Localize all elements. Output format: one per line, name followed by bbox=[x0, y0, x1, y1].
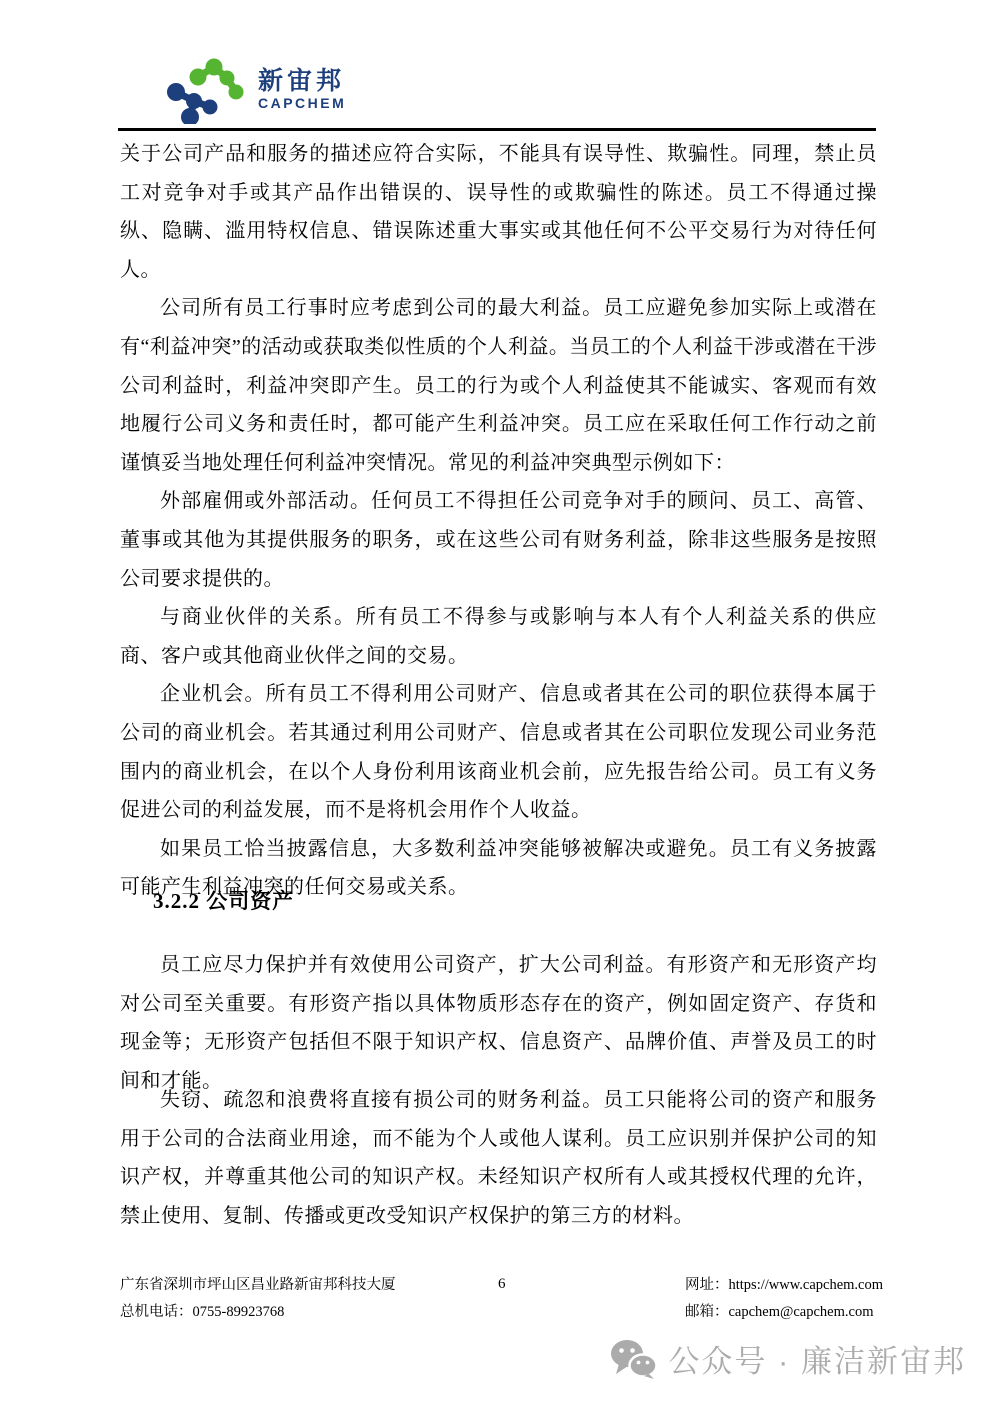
section-heading: 3.2.2 公司资产 bbox=[120, 886, 877, 916]
paragraph: 外部雇佣或外部活动。任何员工不得担任公司竞争对手的顾问、员工、高管、董事或其他为… bbox=[120, 482, 877, 598]
wechat-account-banner: 公众号 · 廉洁新宙邦 bbox=[610, 1336, 966, 1381]
section2-body-paragraph-1: 员工应尽力保护并有效使用公司资产，扩大公司利益。有形资产和无形资产均对公司至关重… bbox=[120, 946, 877, 1100]
footer-email: 邮箱：capchem@capchem.com bbox=[685, 1299, 883, 1326]
footer-left: 广东省深圳市坪山区昌业路新宙邦科技大厦 总机电话：0755-89923768 bbox=[120, 1272, 396, 1326]
footer-phone: 总机电话：0755-89923768 bbox=[120, 1299, 396, 1326]
capchem-logo: 新宙邦 CAPCHEM bbox=[163, 54, 346, 124]
page-number: 6 bbox=[498, 1276, 506, 1293]
section2-body-paragraph-2: 失窃、疏忽和浪费将直接有损公司的财务利益。员工只能将公司的资产和服务用于公司的合… bbox=[120, 1081, 877, 1235]
paragraph: 失窃、疏忽和浪费将直接有损公司的财务利益。员工只能将公司的资产和服务用于公司的合… bbox=[120, 1081, 877, 1235]
logo-company-name-cn: 新宙邦 bbox=[258, 68, 346, 95]
footer-right: 网址：https://www.capchem.com 邮箱：capchem@ca… bbox=[685, 1272, 883, 1326]
paragraph: 企业机会。所有员工不得利用公司财产、信息或者其在公司的职位获得本属于公司的商业机… bbox=[120, 675, 877, 829]
logo-company-name-en: CAPCHEM bbox=[258, 95, 346, 111]
header-divider-line bbox=[118, 128, 876, 131]
footer-address: 广东省深圳市坪山区昌业路新宙邦科技大厦 bbox=[120, 1272, 396, 1299]
paragraph: 公司所有员工行事时应考虑到公司的最大利益。员工应避免参加实际上或潜在有“利益冲突… bbox=[120, 289, 877, 482]
capchem-logo-mark-icon bbox=[163, 54, 245, 124]
wechat-account-label: 公众号 · 廉洁新宙邦 bbox=[668, 1336, 966, 1381]
wechat-icon bbox=[610, 1339, 657, 1379]
section1-body: 关于公司产品和服务的描述应符合实际，不能具有误导性、欺骗性。同理，禁止员工对竞争… bbox=[120, 135, 877, 907]
paragraph: 员工应尽力保护并有效使用公司资产，扩大公司利益。有形资产和无形资产均对公司至关重… bbox=[120, 946, 877, 1100]
footer-website: 网址：https://www.capchem.com bbox=[685, 1272, 883, 1299]
paragraph: 关于公司产品和服务的描述应符合实际，不能具有误导性、欺骗性。同理，禁止员工对竞争… bbox=[120, 135, 877, 289]
document-page: 新宙邦 CAPCHEM 关于公司产品和服务的描述应符合实际，不能具有误导性、欺骗… bbox=[0, 0, 992, 1403]
paragraph: 与商业伙伴的关系。所有员工不得参与或影响与本人有个人利益关系的供应商、客户或其他… bbox=[120, 598, 877, 675]
